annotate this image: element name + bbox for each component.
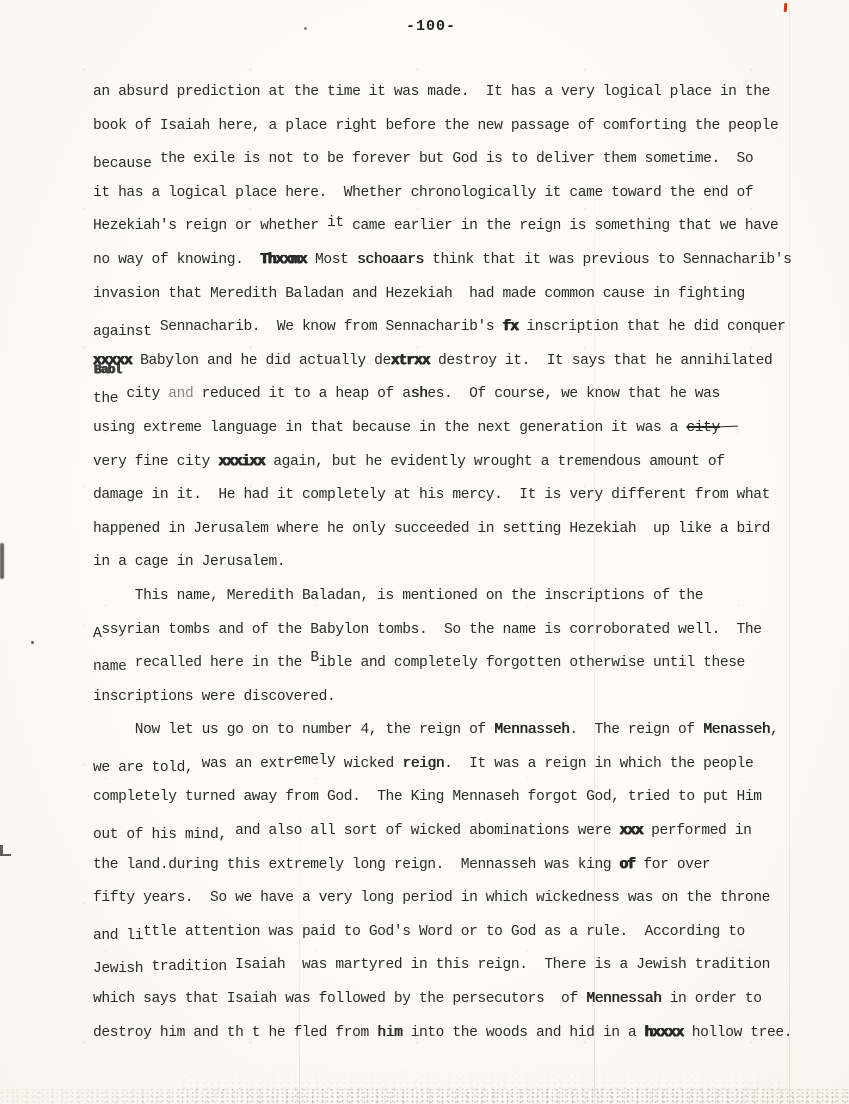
text-line: Jewish tradition Isaiah was martyred in … — [93, 949, 829, 983]
text-token: fifty years. So we have a very long peri… — [93, 882, 770, 916]
text-token: Isaiah was martyred in this reign. There… — [227, 949, 770, 983]
text-token: no way of knowing. — [93, 244, 260, 278]
text-line: name recalled here in the Bible and comp… — [93, 647, 829, 681]
text-token: ible and completely forgotten otherwise … — [319, 647, 745, 681]
text-token: xxxxxBabl — [93, 345, 132, 379]
text-token: using extreme language in that because i… — [93, 412, 686, 446]
text-line: Now let us go on to number 4, the reign … — [93, 714, 829, 748]
red-ink-mark — [784, 3, 788, 12]
scan-smudge-left — [0, 543, 4, 579]
text-token: Thxxmx — [260, 244, 307, 278]
text-line: happened in Jerusalem where he only succ… — [93, 513, 829, 547]
text-line: the city and reduced it to a heap of ash… — [93, 378, 829, 412]
typewritten-text: an absurd prediction at the time it was … — [93, 76, 829, 1050]
text-token: . It was a reign in which the people — [444, 748, 753, 782]
text-token: Hezekiah's reign or whether — [93, 210, 327, 244]
text-line: book of Isaiah here, a place right befor… — [93, 110, 829, 144]
text-line: the land.during this extremely long reig… — [93, 849, 829, 883]
text-line: very fine city xxxixx again, but he evid… — [93, 446, 829, 480]
text-token: him — [377, 1017, 402, 1051]
text-line: in a cage in Jerusalem. — [93, 546, 829, 580]
text-token: very fine city — [93, 446, 218, 480]
scan-smudge-left — [0, 845, 11, 856]
text-line: This name, Meredith Baladan, is mentione… — [93, 580, 829, 614]
text-token: it — [327, 207, 344, 241]
text-token: Mennessah — [586, 983, 661, 1017]
text-token: Jewish — [93, 953, 143, 987]
text-token: the land.during this extremely long reig… — [93, 849, 620, 883]
text-line: which says that Isaiah was followed by t… — [93, 983, 829, 1017]
page-number: -100- — [406, 18, 456, 35]
text-line: inscriptions were discovered. — [93, 681, 829, 715]
text-line: no way of knowing. Thxxmx Most schoaars … — [93, 244, 829, 278]
text-token: sh — [411, 378, 428, 412]
text-token: in a cage in Jerusalem. — [93, 546, 285, 580]
ink-speck — [31, 641, 34, 644]
text-token: destroy him and th t he fled from — [93, 1017, 377, 1051]
text-token: inscriptions were discovered. — [93, 681, 335, 715]
text-token: reign — [402, 748, 444, 782]
overtype-correction: Babl — [94, 353, 121, 387]
text-line: destroy him and th t he fled from him in… — [93, 1017, 829, 1051]
text-token: Now let us go on to number 4, the reign … — [93, 714, 494, 748]
text-token: reduced it to a heap of a — [193, 378, 410, 412]
scan-noise-band — [0, 1089, 849, 1104]
text-token: fx — [503, 311, 519, 345]
text-line: and little attention was paid to God's W… — [93, 916, 829, 950]
text-token: city — [686, 412, 737, 446]
text-line: completely turned away from God. The Kin… — [93, 781, 829, 815]
text-token: hxxxx — [645, 1017, 684, 1051]
text-token: an absurd prediction at the time it was … — [93, 76, 770, 110]
text-token: ssyrian tombs and of the Babylon tombs. … — [101, 614, 761, 648]
text-token: again, but he evidently wrought a tremen… — [265, 446, 725, 480]
text-token: hollow tree. — [683, 1017, 792, 1051]
text-token: think that it was previous to Sennachari… — [424, 244, 792, 278]
text-token: in order to — [661, 983, 761, 1017]
text-token: of — [620, 849, 636, 883]
text-token: out of his mind, — [93, 819, 227, 853]
text-token: it has a logical place here. Whether chr… — [93, 177, 753, 211]
text-line: fifty years. So we have a very long peri… — [93, 882, 829, 916]
text-line: we are told, was an extremely wicked rei… — [93, 748, 829, 782]
text-token: , — [770, 714, 778, 748]
text-token: recalled here in the — [126, 647, 310, 681]
text-token: the exile is not to be forever but God i… — [152, 143, 754, 177]
text-token: and also all sort of wicked abominations… — [227, 815, 620, 849]
text-line: out of his mind, and also all sort of wi… — [93, 815, 829, 849]
text-token: schoaars — [357, 244, 424, 278]
text-token: completely turned away from God. The Kin… — [93, 781, 762, 815]
text-line: invasion that Meredith Baladan and Hezek… — [93, 278, 829, 312]
text-token: Mennasseh — [494, 714, 569, 748]
text-token: . The reign of — [569, 714, 703, 748]
text-line: using extreme language in that because i… — [93, 412, 829, 446]
text-token: was an extr — [193, 748, 293, 782]
text-line: damage in it. He had it completely at hi… — [93, 479, 829, 513]
text-token: damage in it. He had it completely at hi… — [93, 479, 770, 513]
text-token: name — [93, 651, 126, 685]
text-token: into the woods and hid in a — [402, 1017, 644, 1051]
text-token: and li — [93, 920, 143, 954]
text-token: xxxixx — [218, 446, 265, 480]
text-token: Menasseh — [703, 714, 770, 748]
text-token: ttle attention was paid to God's Word or… — [143, 916, 745, 950]
text-token: xxx — [620, 815, 643, 849]
text-token: This name, Meredith Baladan, is mentione… — [93, 580, 703, 614]
text-token: Most — [307, 244, 357, 278]
text-line: an absurd prediction at the time it was … — [93, 76, 829, 110]
text-token: book of Isaiah here, a place right befor… — [93, 110, 778, 144]
text-token: es. Of course, we know that he was — [427, 378, 720, 412]
text-token: Babylon and he did actually de — [132, 345, 391, 379]
text-token: B — [310, 642, 318, 676]
text-token: because — [93, 148, 152, 182]
text-line: it has a logical place here. Whether chr… — [93, 177, 829, 211]
text-token: tradition — [143, 951, 227, 985]
text-token: inscription that he did conquer — [518, 311, 785, 345]
text-token: for over — [635, 849, 710, 883]
text-line: xxxxxBabl Babylon and he did actually de… — [93, 345, 829, 379]
text-token: and — [168, 378, 193, 412]
text-token: invasion that Meredith Baladan and Hezek… — [93, 278, 745, 312]
stray-ink-dot — [304, 27, 307, 30]
text-token: wicked — [335, 748, 402, 782]
text-token: came earlier in the reign is something t… — [344, 210, 779, 244]
text-token: which says that Isaiah was followed by t… — [93, 983, 586, 1017]
scanned-page: -100- an absurd prediction at the time i… — [0, 0, 849, 1104]
text-token: xtrxx — [391, 345, 430, 379]
text-line: Hezekiah's reign or whether it came earl… — [93, 210, 829, 244]
text-line: because the exile is not to be forever b… — [93, 143, 829, 177]
text-line: against Sennacharib. We know from Sennac… — [93, 311, 829, 345]
text-line: Assyrian tombs and of the Babylon tombs.… — [93, 614, 829, 648]
text-token: A — [93, 618, 101, 652]
text-token: we are told, — [93, 752, 193, 786]
text-token: the — [93, 383, 118, 417]
text-token: city — [118, 378, 168, 412]
text-token: happened in Jerusalem where he only succ… — [93, 513, 770, 547]
text-token: performed in — [643, 815, 752, 849]
text-token: destroy it. It says that he annihilated — [430, 345, 773, 379]
text-token: Sennacharib. We know from Sennacharib's — [152, 311, 503, 345]
text-token: emely — [294, 745, 336, 779]
